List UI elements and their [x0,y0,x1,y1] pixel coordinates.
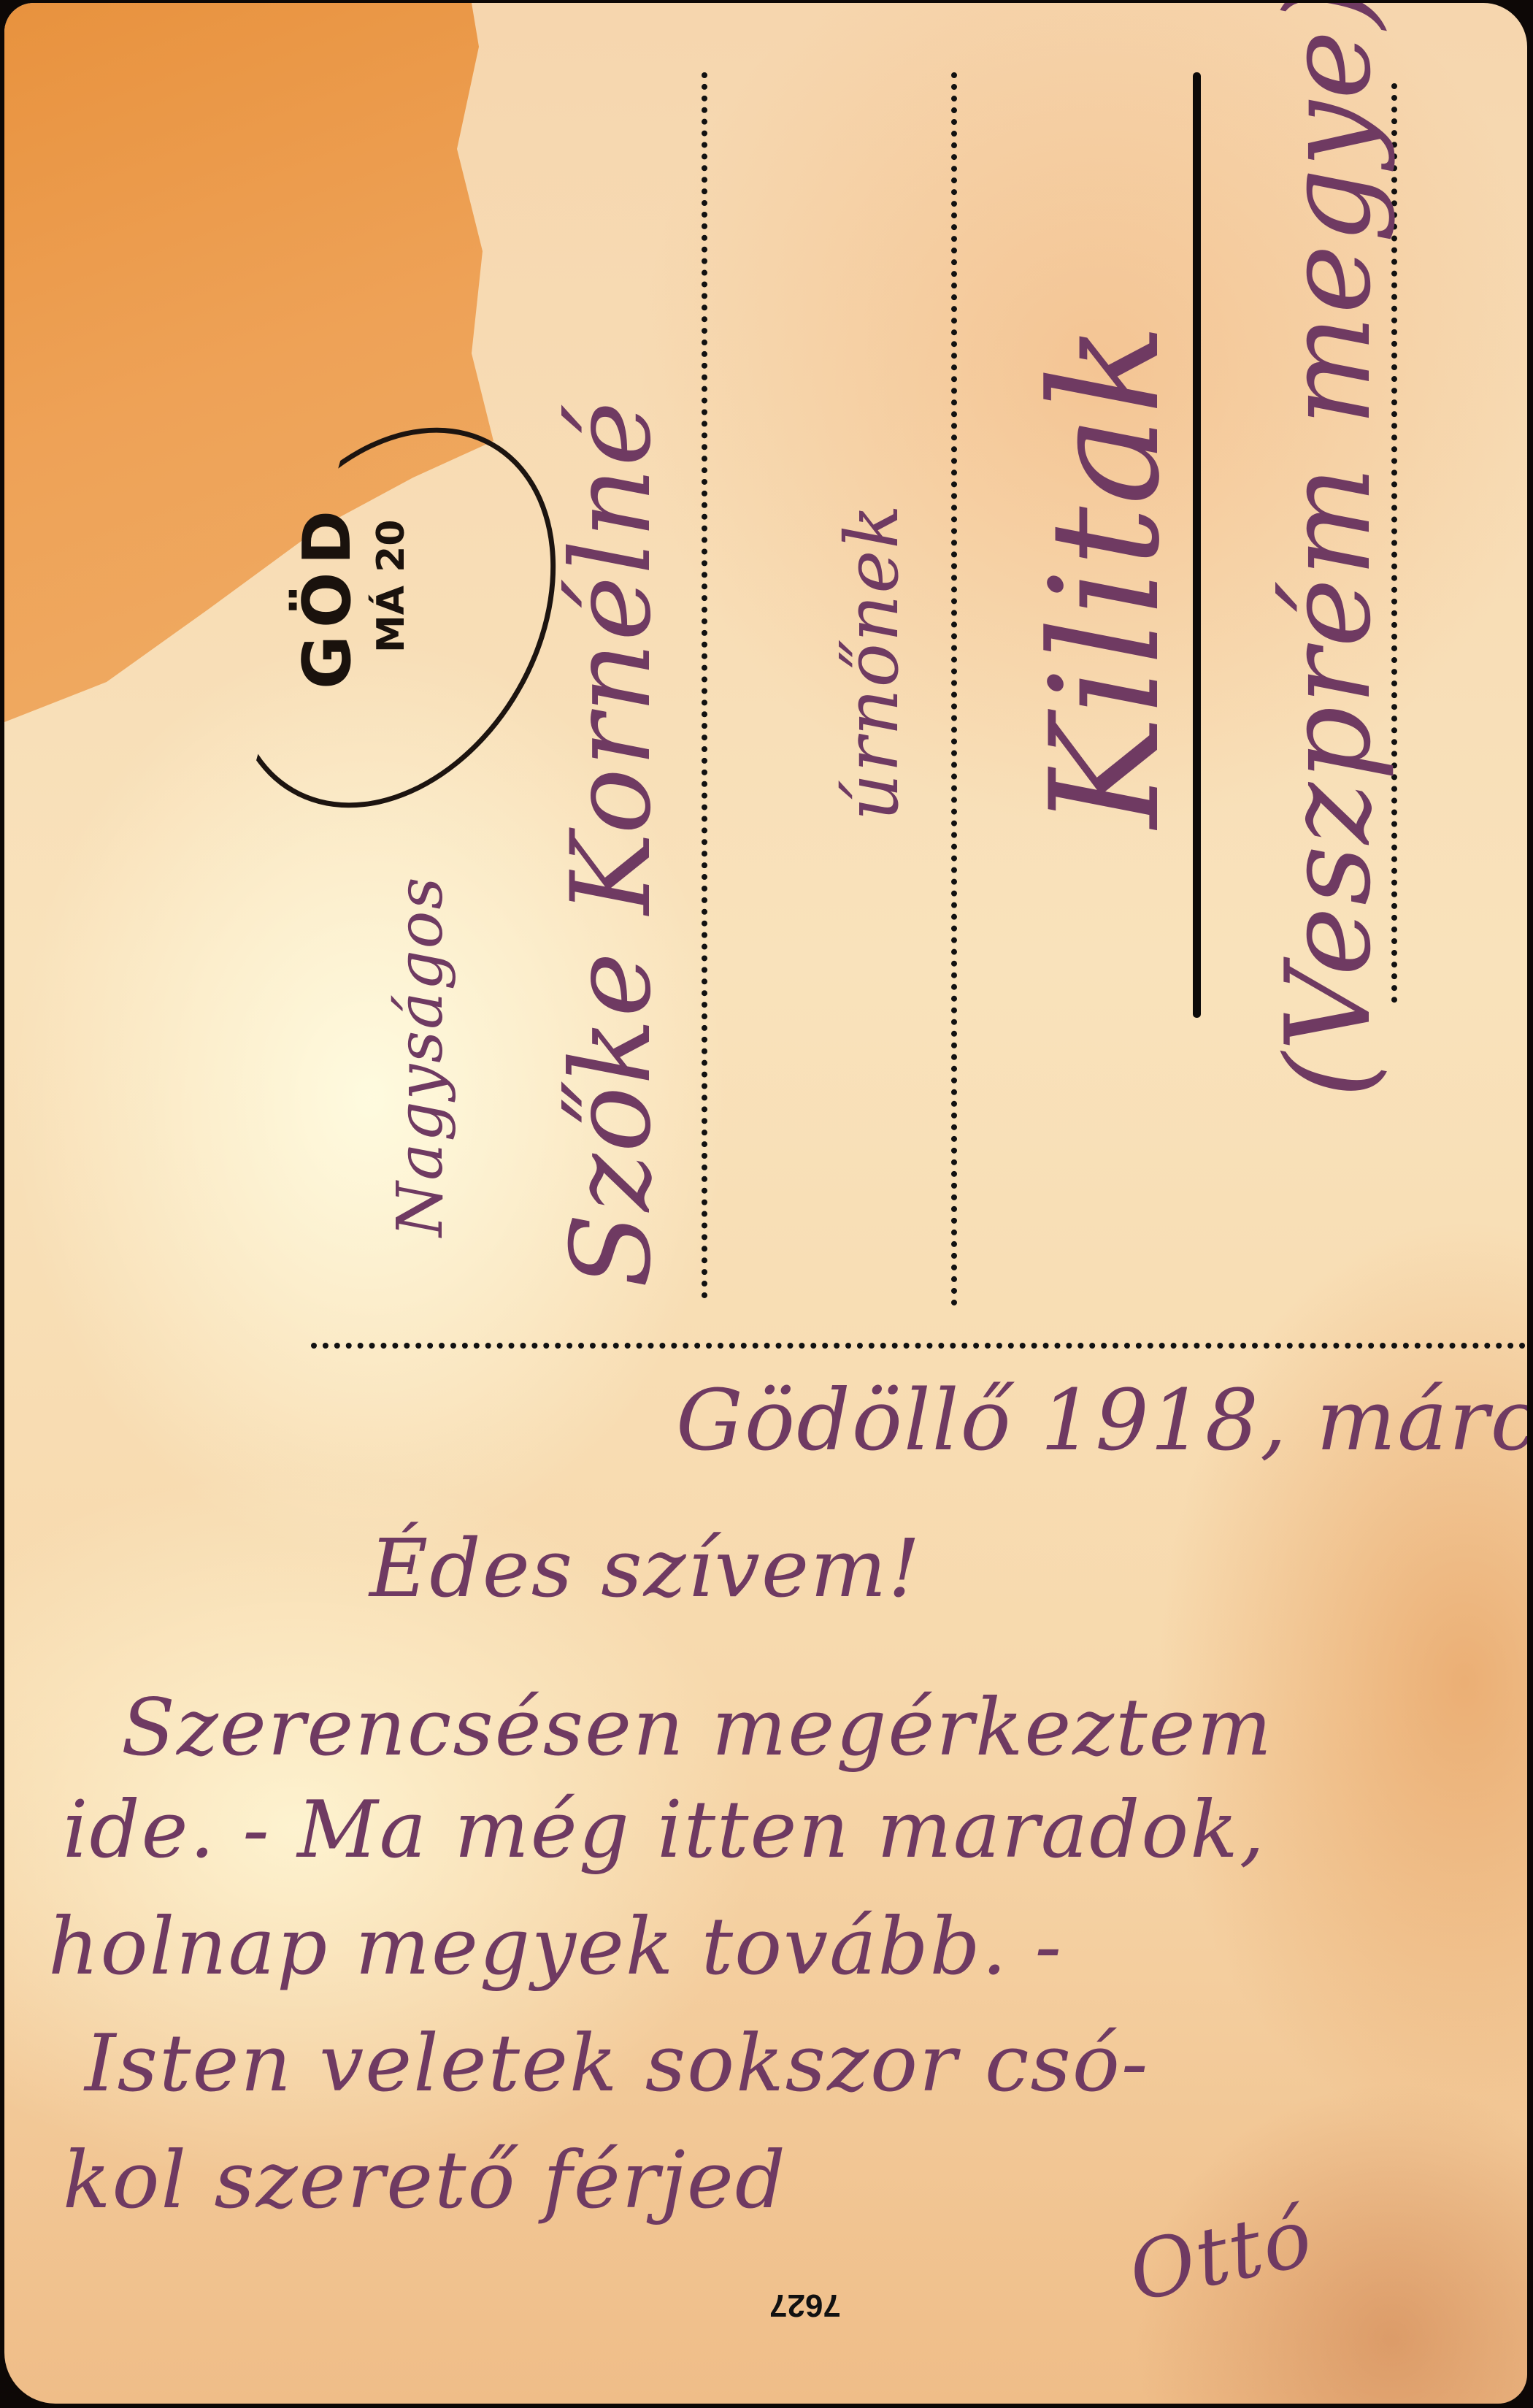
address-rule-solid [1193,72,1201,1018]
postmark-month: MÁ [369,586,413,653]
address-recipient: Szőke Kornélné [548,400,675,1288]
address-salutation: Nagyságos [384,875,457,1237]
postmark: GÖD MÁ 20 [260,478,479,770]
address-rule-2 [951,72,957,1306]
message-line: ide. - Ma még itten maradok, [63,1784,1266,1876]
postcard-back: GÖD MÁ 20 Nagyságos Szőke Kornélné úrnőn… [4,3,1527,2404]
printed-number: 7627 [769,2287,841,2323]
postmark-date: MÁ 20 [369,520,413,653]
message-greeting: Édes szívem! [369,1522,922,1615]
postmark-day: 20 [369,520,413,572]
message-line: Isten veletek sokszor csó- [85,2018,1149,2109]
message-line: holnap megyek tovább. - [48,1901,1063,1993]
message-place-date: Gödöllő 1918, márc 21 [676,1372,1527,1470]
message-signature: Ottó [1121,2190,1321,2320]
address-message-divider [311,1343,1527,1349]
address-rule-1 [702,72,707,1299]
address-place: Kilitak [1019,322,1193,828]
address-title: úrnőnek [829,503,915,821]
postmark-town: GÖD [289,503,366,689]
message-line: kol szerető férjed [63,2135,787,2226]
message-line: Szerencsésen megérkeztem [121,1682,1273,1774]
address-county: (Veszprém megye) [1260,3,1396,1098]
